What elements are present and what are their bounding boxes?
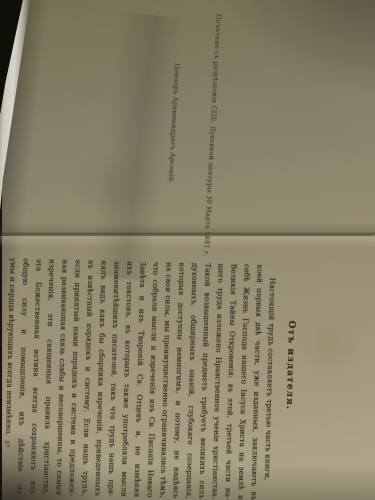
page-gutter-highlight: [0, 236, 375, 248]
paper-stain: [70, 150, 160, 220]
paper-stain: [250, 60, 360, 150]
right-page-preface-block: Отъ издателя. Настоящій трудъ составляет…: [0, 258, 299, 500]
signature-mark: 4*: [3, 440, 11, 448]
left-page-censor-block: Печатано съ разрѣшенія СПБ. Духовной цен…: [152, 11, 223, 217]
book-photo: Печатано съ разрѣшенія СПБ. Духовной цен…: [0, 0, 375, 500]
censor-name-line: Цензоръ Архимандритъ Арсеній.: [165, 12, 184, 215]
preface-paragraph: Настоящій трудъ составляетъ третью часть…: [0, 258, 279, 500]
paper-stain: [296, 310, 360, 374]
